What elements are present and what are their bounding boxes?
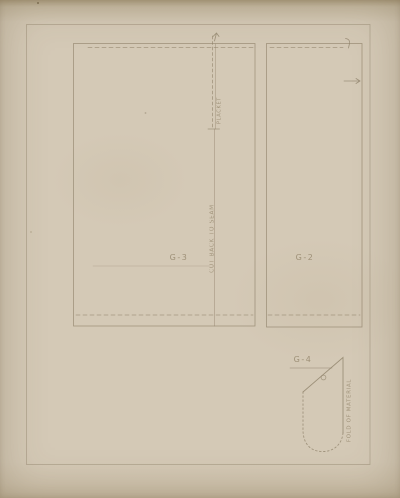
annotation-center-back: CUT BACK TO SEAM [210, 193, 217, 285]
piece-label-g2: G-2 [291, 253, 319, 262]
paper-speck [145, 112, 147, 114]
g2-right-arrow-icon [344, 79, 360, 84]
piece-g3-outline [74, 44, 256, 327]
piece-g4-solid-edge [303, 358, 343, 434]
paper-speck [30, 231, 32, 233]
annotation-fold-of-material: FOLD OF MATERIAL [347, 371, 354, 451]
piece-g4-dotted-edge [303, 392, 343, 452]
piece-g2-outline [267, 44, 363, 328]
g4-eyelet-mark [321, 375, 326, 380]
paper-speck [37, 2, 39, 4]
pattern-plate: G-3 G-2 G-4 PLACKET CUT BACK TO SEAM FOL… [0, 0, 400, 498]
plate-border [27, 25, 371, 465]
pattern-linework [0, 0, 400, 498]
placket-up-arrow-icon [213, 33, 219, 41]
annotation-placket: PLACKET [217, 86, 224, 136]
piece-label-g3: G-3 [165, 253, 193, 262]
piece-label-g4: G-4 [289, 355, 317, 364]
